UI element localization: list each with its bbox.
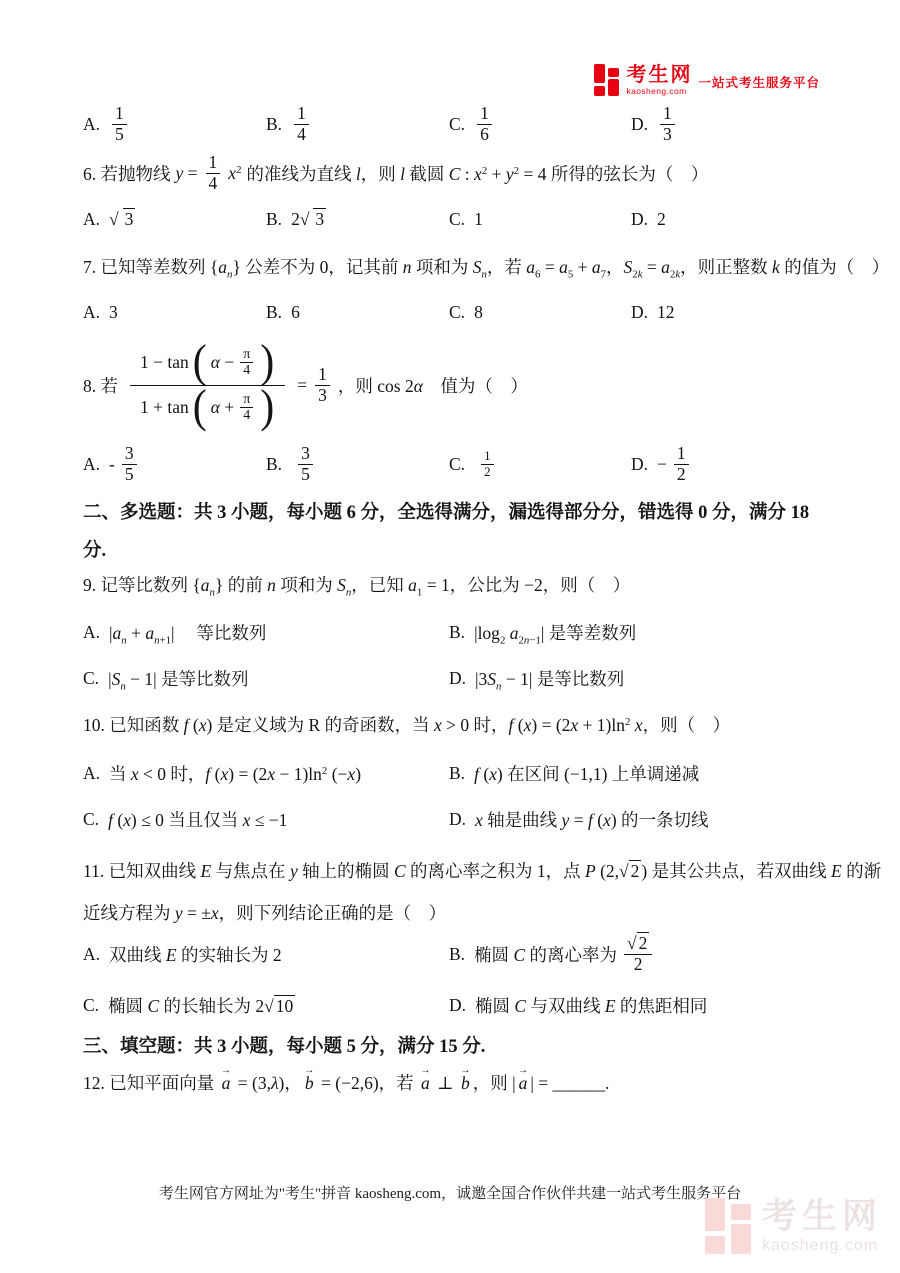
option-c-fraction: 12 — [481, 449, 494, 479]
q8-num-lparen: ( — [193, 340, 207, 385]
question-12: 12. 已知平面向量 a = (3,λ)，b = (−2,6)，若 a ⊥ b，… — [83, 1070, 840, 1095]
option-b-label: B. — [449, 944, 465, 965]
section-2-line-2: 分. — [83, 532, 840, 570]
option-c-label: C. — [83, 995, 99, 1016]
option-a-value: 当 x < 0 时，f (x) = (2x − 1)ln2 (−x) — [109, 761, 361, 786]
question-10: 10. 已知函数 f (x) 是定义域为 R 的奇函数，当 x > 0 时，f … — [83, 712, 840, 737]
question-10-options-row-1: A.当 x < 0 时，f (x) = (2x − 1)ln2 (−x) B.f… — [83, 756, 840, 790]
q8-den-rparen: ) — [260, 385, 274, 430]
option-b-fraction: 14 — [294, 104, 309, 144]
option-b-value: |log2 a2n−1| 是等差数列 — [474, 620, 636, 645]
question-12-text: 12. 已知平面向量 a = (3,λ)，b = (−2,6)，若 a ⊥ b，… — [83, 1073, 609, 1093]
kaosheng-logo: 考生网 kaosheng.com 一站式考生服务平台 — [594, 64, 820, 96]
q8-equals: = — [297, 375, 307, 396]
option-a: A.|an + an+1| 等比数列 — [83, 620, 449, 645]
question-9: 9. 记等比数列 {an} 的前 n 项和为 Sn，已知 a1 = 1，公比为 … — [83, 572, 840, 597]
option-d-label: D. — [631, 302, 648, 323]
option-a-label: A. — [83, 454, 100, 475]
section-3-text: 三、填空题：共 3 小题，每小题 5 分，满分 15 分. — [83, 1037, 485, 1057]
option-a-value: 3 — [109, 302, 118, 323]
option-c-label: C. — [449, 302, 465, 323]
option-c-label: C. — [83, 809, 99, 830]
option-b: B.2√3 — [266, 208, 449, 230]
option-b-label: B. — [449, 622, 465, 643]
question-11-options-row-2: C.椭圆 C 的长轴长为 2√10 D.椭圆 C 与双曲线 E 的焦距相同 — [83, 988, 840, 1022]
brand-tagline: 一站式考生服务平台 — [698, 73, 820, 91]
watermark-brand: 考生网 — [762, 1199, 882, 1234]
footer-text: 考生网官方网址为"考生"拼音 kaosheng.com，诚邀全国合作伙伴共建一站… — [159, 1186, 741, 1202]
option-b-value: 6 — [291, 302, 300, 323]
option-a-label: A. — [83, 763, 100, 784]
question-11-line-1: 11. 已知双曲线 E 与焦点在 y 轴上的椭圆 C 的离心率之积为 1，点 P… — [83, 850, 840, 892]
option-a: A.当 x < 0 时，f (x) = (2x − 1)ln2 (−x) — [83, 761, 449, 786]
option-a-label: A. — [83, 209, 100, 230]
kaosheng-logo-icon — [594, 64, 620, 96]
option-d: D.|3Sn − 1| 是等比数列 — [449, 666, 840, 691]
question-8-options: A. - 35 B. 35 C. 12 D. − 12 — [83, 440, 840, 488]
option-d-label: D. — [449, 668, 466, 689]
question-9-options-row-2: C.|Sn − 1| 是等比数列 D.|3Sn − 1| 是等比数列 — [83, 660, 840, 696]
exam-page: 考生网 kaosheng.com 一站式考生服务平台 A. 15 B. 14 C… — [0, 0, 900, 1273]
question-7-text: 7. 已知等差数列 {an} 公差不为 0，记其前 n 项和为 Sn，若 a6 … — [83, 257, 889, 277]
option-c-value: 8 — [474, 302, 483, 323]
question-9-options-row-1: A.|an + an+1| 等比数列 B.|log2 a2n−1| 是等差数列 — [83, 614, 840, 650]
q8-num-rparen: ) — [260, 340, 274, 385]
option-c: C.8 — [449, 302, 631, 323]
option-b-value: f (x) 在区间 (−1,1) 上单调递减 — [474, 761, 699, 786]
option-b-value: 2√3 — [291, 208, 326, 230]
option-a-value: 双曲线 E 的实轴长为 2 — [109, 942, 282, 967]
option-b: B. 14 — [266, 104, 449, 144]
option-b-label: B. — [266, 209, 282, 230]
section-3-header: 三、填空题：共 3 小题，每小题 5 分，满分 15 分. — [83, 1028, 840, 1066]
option-d-fraction: 13 — [660, 104, 675, 144]
option-a: A. 15 — [83, 104, 266, 144]
option-c-label: C. — [449, 454, 465, 475]
question-6-options: A.√3 B.2√3 C.1 D.2 — [83, 203, 840, 235]
q8-denominator: 1 + tan ( α + π4 ) — [130, 385, 285, 430]
option-d: D. − 12 — [631, 444, 840, 484]
option-b: B.6 — [266, 302, 449, 323]
question-11-line-2: 近线方程为 y = ±x，则下列结论正确的是（ ） — [83, 892, 840, 934]
q8-den-pre: 1 + tan — [140, 397, 189, 418]
q8-num-inner: α − — [211, 352, 234, 373]
option-a-sign: - — [109, 454, 115, 475]
option-b-label: B. — [266, 114, 282, 135]
watermark-logo-icon — [705, 1198, 753, 1254]
section-2-line-1: 二、多选题：共 3 小题，每小题 6 分，全选得满分，漏选得部分分，错选得 0 … — [83, 494, 840, 532]
question-10-options-row-2: C.f (x) ≤ 0 当且仅当 x ≤ −1 D.x 轴是曲线 y = f (… — [83, 802, 840, 836]
option-d-value: 2 — [657, 209, 666, 230]
option-a: A.√3 — [83, 208, 266, 230]
option-b: B.|log2 a2n−1| 是等差数列 — [449, 620, 840, 645]
option-d-label: D. — [449, 995, 466, 1016]
question-7: 7. 已知等差数列 {an} 公差不为 0，记其前 n 项和为 Sn，若 a6 … — [83, 254, 840, 279]
option-b-text: 椭圆 C 的离心率为 — [474, 942, 617, 967]
question-6-fraction: 14 — [206, 153, 221, 193]
question-6: 6. 若抛物线 y = 14 x2 的准线为直线 l，则 l 截圆 C : x2… — [83, 150, 840, 196]
option-d-value: 椭圆 C 与双曲线 E 的焦距相同 — [475, 993, 707, 1018]
option-c-label: C. — [449, 114, 465, 135]
question-8-text-2: ，则 cos 2α 值为（ ） — [338, 373, 528, 398]
q8-den-pi-fraction: π4 — [240, 392, 253, 424]
option-d-label: D. — [449, 809, 466, 830]
option-a-label: A. — [83, 114, 100, 135]
option-b: B. 椭圆 C 的离心率为 √22 — [449, 934, 840, 974]
question-6-text-2: 的准线为直线 l，则 l 截圆 C : x2 + y2 = 4 所得的弦长为（ … — [246, 161, 708, 186]
option-b-label: B. — [266, 454, 282, 475]
option-c-value: 椭圆 C 的长轴长为 2√10 — [108, 993, 295, 1018]
option-d: D.x 轴是曲线 y = f (x) 的一条切线 — [449, 807, 840, 832]
option-d-label: D. — [631, 114, 648, 135]
option-d: D. 13 — [631, 104, 840, 144]
question-9-text: 9. 记等比数列 {an} 的前 n 项和为 Sn，已知 a1 = 1，公比为 … — [83, 575, 630, 595]
option-a-value: √3 — [109, 208, 135, 230]
option-b: B. 35 — [266, 444, 449, 484]
option-a: A.3 — [83, 302, 266, 323]
option-c: C.椭圆 C 的长轴长为 2√10 — [83, 993, 449, 1018]
option-a: A.双曲线 E 的实轴长为 2 — [83, 942, 449, 967]
question-11-options-row-1: A.双曲线 E 的实轴长为 2 B. 椭圆 C 的离心率为 √22 — [83, 930, 840, 978]
question-8-text-1: 8. 若 — [83, 373, 118, 398]
option-b-label: B. — [449, 763, 465, 784]
q8-den-lparen: ( — [193, 385, 207, 430]
option-b: B.f (x) 在区间 (−1,1) 上单调递减 — [449, 761, 840, 786]
option-d: D.12 — [631, 302, 840, 323]
option-c: C.f (x) ≤ 0 当且仅当 x ≤ −1 — [83, 807, 449, 832]
kaosheng-watermark: 考生网 kaosheng.com — [705, 1198, 882, 1254]
q8-num-pi-fraction: π4 — [240, 347, 253, 379]
question-7-options: A.3 B.6 C.8 D.12 — [83, 298, 840, 326]
q8-numerator: 1 − tan ( α − π4 ) — [130, 341, 285, 385]
question-8-big-fraction: 1 − tan ( α − π4 ) 1 + tan ( α + π4 ) — [130, 341, 285, 430]
option-c-value: 1 — [474, 209, 483, 230]
q8-den-inner: α + — [211, 397, 234, 418]
question-8: 8. 若 1 − tan ( α − π4 ) 1 + tan ( α + π4… — [83, 330, 840, 440]
brand-name: 考生网 — [626, 65, 692, 85]
option-c-fraction: 16 — [477, 104, 492, 144]
option-d-value: x 轴是曲线 y = f (x) 的一条切线 — [475, 807, 709, 832]
question-10-text: 10. 已知函数 f (x) 是定义域为 R 的奇函数，当 x > 0 时，f … — [83, 715, 730, 735]
option-c: C.1 — [449, 209, 631, 230]
option-d-fraction: 12 — [674, 444, 689, 484]
option-d-value: 12 — [657, 302, 675, 323]
q8-num-pre: 1 − tan — [140, 352, 189, 373]
option-c: C.|Sn − 1| 是等比数列 — [83, 666, 449, 691]
option-c-value: f (x) ≤ 0 当且仅当 x ≤ −1 — [108, 807, 287, 832]
watermark-domain: kaosheng.com — [762, 1238, 882, 1254]
option-d: D.2 — [631, 209, 840, 230]
brand-domain: kaosheng.com — [626, 87, 692, 96]
option-c: C. 12 — [449, 449, 631, 479]
option-d: D.椭圆 C 与双曲线 E 的焦距相同 — [449, 993, 840, 1018]
option-b-fraction: 35 — [298, 444, 313, 484]
option-a-fraction: 15 — [112, 104, 127, 144]
option-c-value: |Sn − 1| 是等比数列 — [108, 666, 248, 691]
question-6-text-1: 6. 若抛物线 — [83, 161, 171, 186]
option-c: C. 16 — [449, 104, 631, 144]
option-a-value: |an + an+1| 等比数列 — [109, 620, 266, 645]
q8-right-fraction: 13 — [315, 365, 330, 405]
option-c-label: C. — [449, 209, 465, 230]
question-6-math-y: y = — [176, 163, 198, 184]
question-11: 11. 已知双曲线 E 与焦点在 y 轴上的椭圆 C 的离心率之积为 1，点 P… — [83, 850, 840, 934]
option-d-sign: − — [657, 454, 667, 475]
section-2-header: 二、多选题：共 3 小题，每小题 6 分，全选得满分，漏选得部分分，错选得 0 … — [83, 494, 840, 570]
option-b-fraction: √22 — [624, 934, 652, 974]
option-a: A. - 35 — [83, 444, 266, 484]
option-a-fraction: 35 — [122, 444, 137, 484]
question-6-math-x2: x2 — [228, 163, 241, 184]
option-d-value: |3Sn − 1| 是等比数列 — [475, 666, 624, 691]
option-c-label: C. — [83, 668, 99, 689]
option-b-label: B. — [266, 302, 282, 323]
option-d-label: D. — [631, 454, 648, 475]
option-a-label: A. — [83, 622, 100, 643]
option-a-label: A. — [83, 302, 100, 323]
option-d-label: D. — [631, 209, 648, 230]
question-5-options: A. 15 B. 14 C. 16 D. 13 — [83, 100, 840, 148]
option-a-label: A. — [83, 944, 100, 965]
